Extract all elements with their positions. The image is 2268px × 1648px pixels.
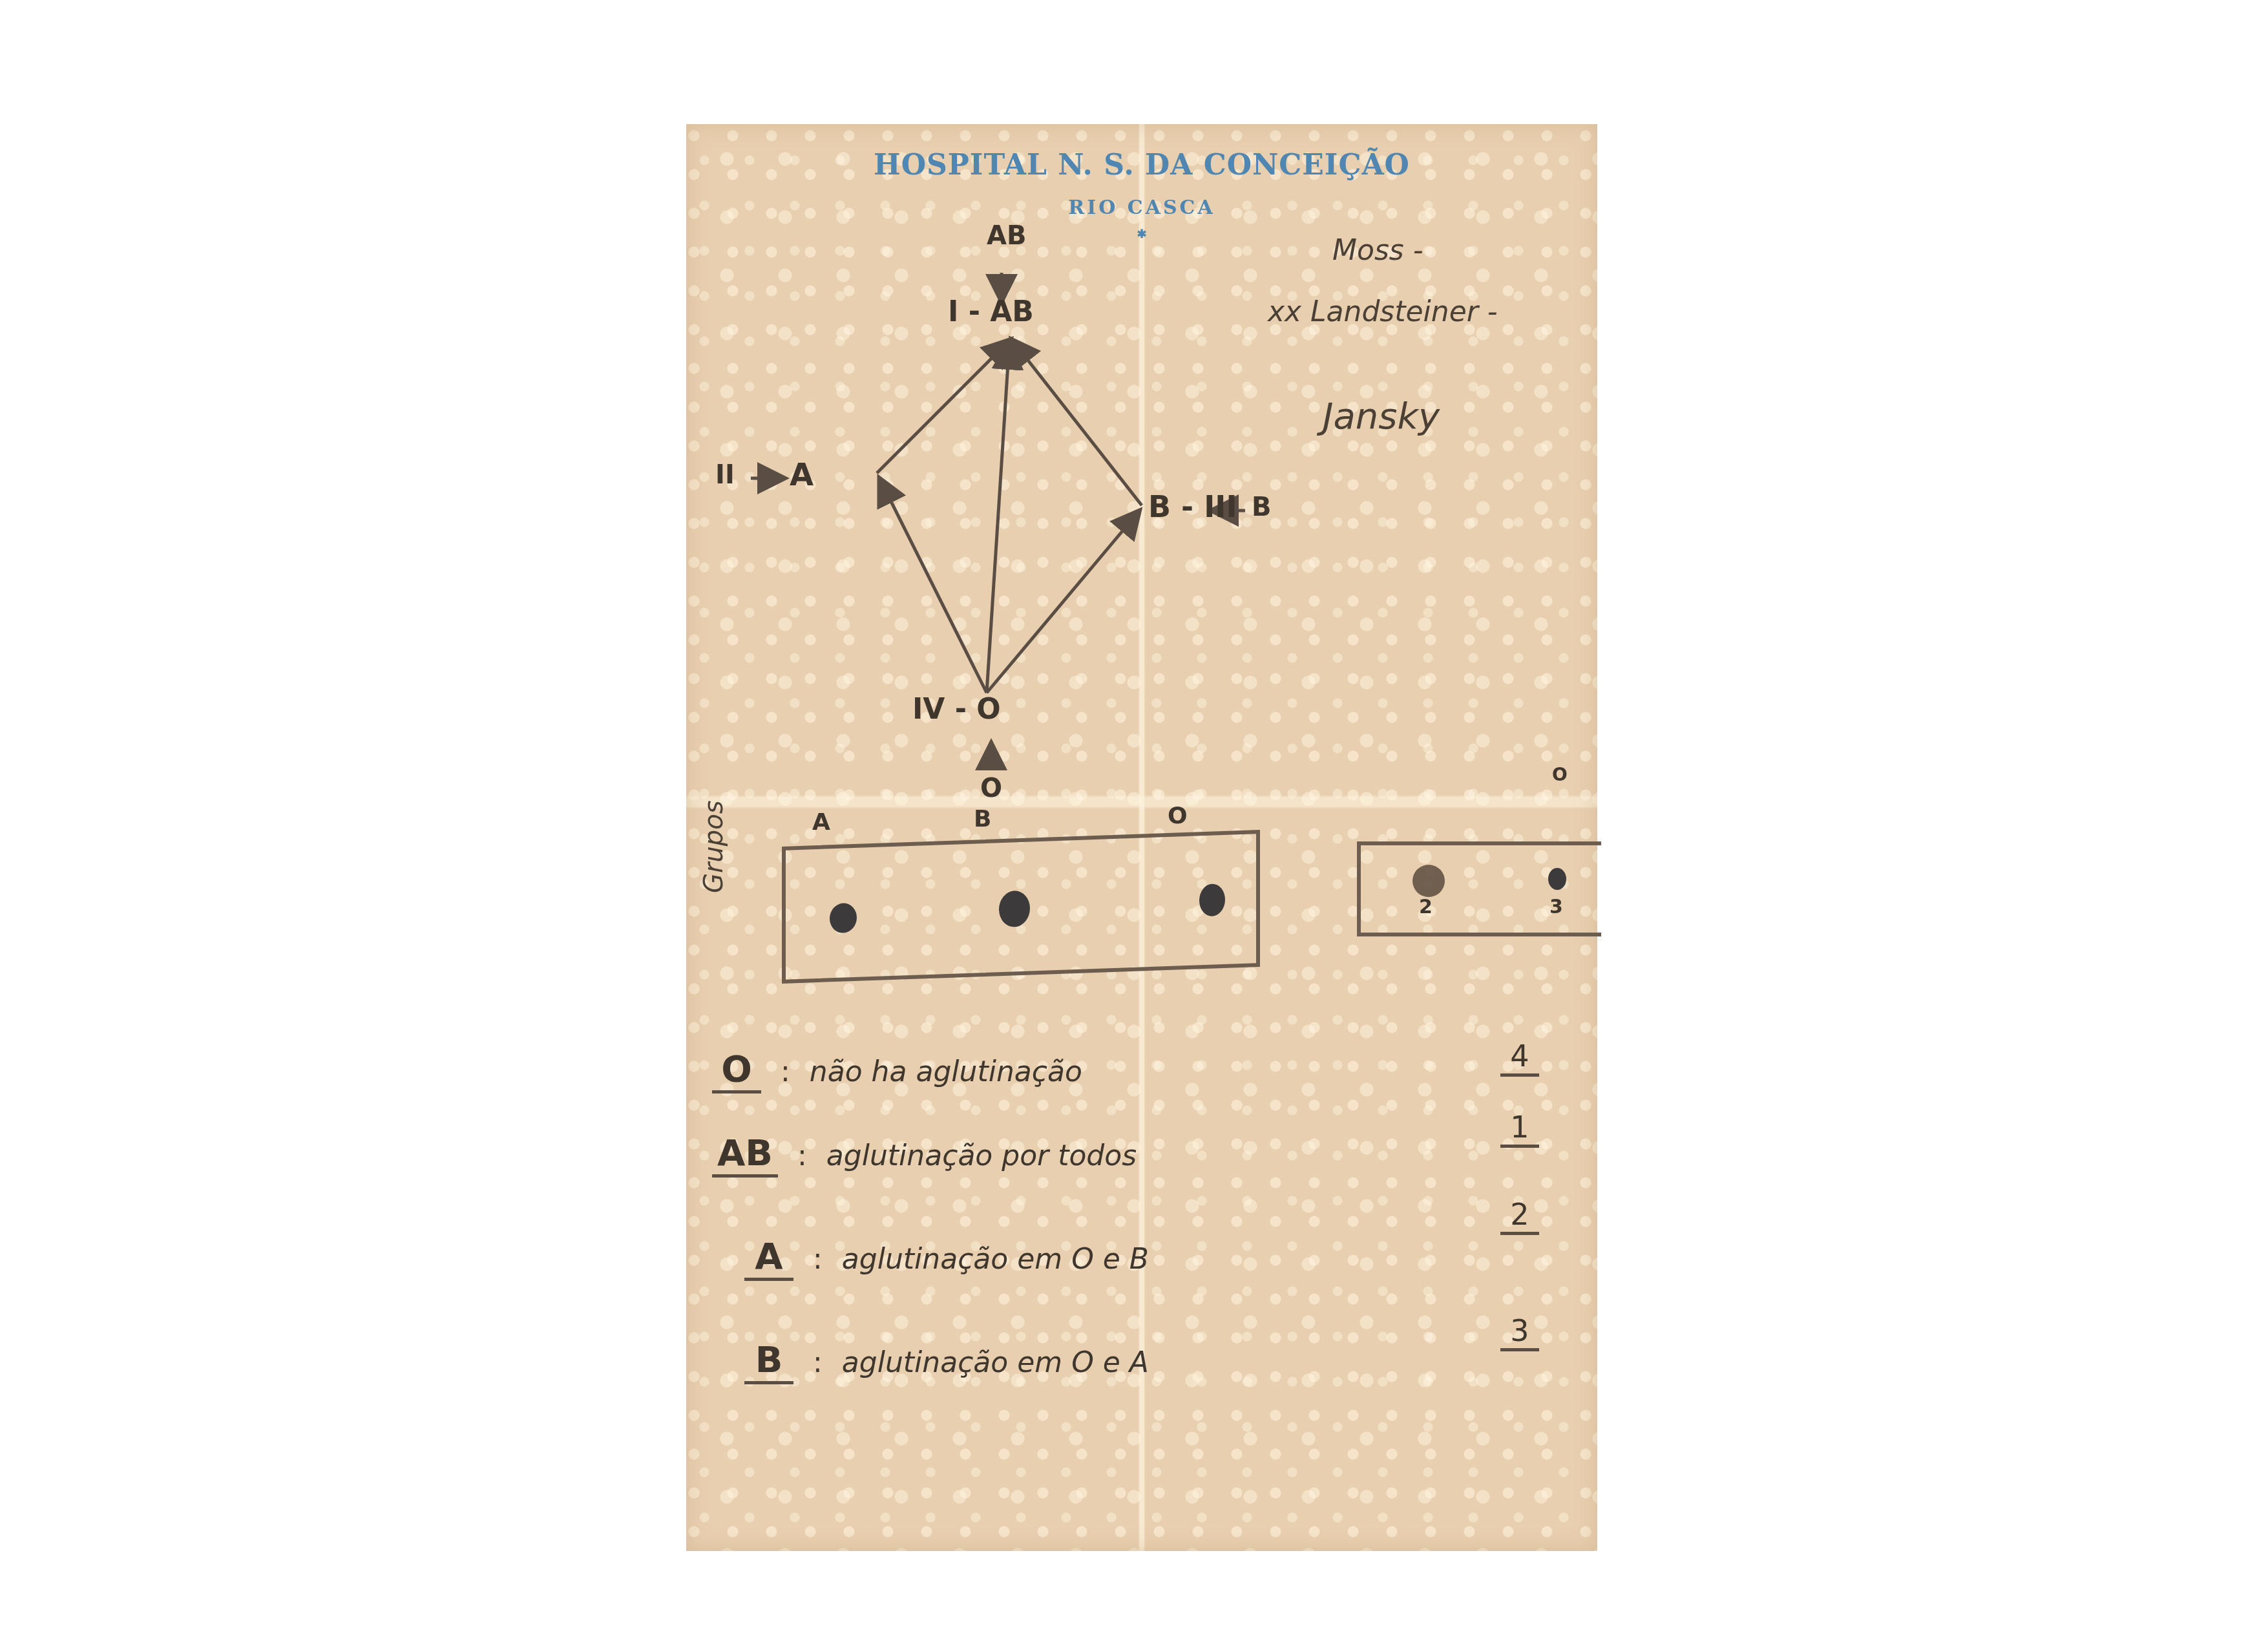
plate-mark-2: 2 (1419, 896, 1433, 918)
sample-dot-a (830, 903, 857, 933)
legend-colon: : (797, 1139, 807, 1172)
legend-colon: : (813, 1243, 823, 1276)
legend-group-o: O (712, 1048, 761, 1093)
legend-count-ab: 1 (1500, 1110, 1539, 1148)
legend-text-ab: aglutinação por todos (826, 1139, 1137, 1172)
test-plate-second: 2 3 (1357, 841, 1601, 936)
plate-column-b: B (974, 806, 991, 832)
diagram-left-input: II (715, 460, 735, 490)
diagram-right-input: B (1252, 492, 1272, 522)
sample-dot-b (999, 891, 1030, 928)
plate-column-o: O (1168, 803, 1188, 829)
legend-row-o: O : não ha aglutinação (712, 1048, 1082, 1093)
diagram-bottom-node: IV - O (912, 693, 1001, 726)
diagram-top-input: AB (987, 221, 1026, 251)
diagram-left-node: A (790, 457, 814, 493)
legend-count-o: 4 (1500, 1039, 1539, 1077)
plate-column-a: A (812, 809, 830, 836)
legend-row-a: A : aglutinação em O e B (744, 1236, 1149, 1281)
legend-row-ab: AB : aglutinação por todos (712, 1132, 1137, 1178)
legend-row-b: B : aglutinação em O e A (744, 1339, 1149, 1384)
diagram-bottom-input: O (980, 774, 1002, 803)
diagram-right-node: B - III (1148, 489, 1237, 524)
document-page: HOSPITAL N. S. DA CONCEIÇÃO RIO CASCA ✱ … (686, 124, 1597, 1551)
plate-mark-3: 3 (1549, 896, 1563, 918)
legend-group-b: B (744, 1339, 793, 1384)
legend-text-b: aglutinação em O e A (842, 1346, 1149, 1379)
legend-count-b: 3 (1500, 1313, 1539, 1351)
groups-side-label: Grupos (699, 801, 729, 894)
second-plate-top-mark: O (1552, 764, 1568, 785)
legend-text-o: não ha aglutinação (810, 1055, 1082, 1088)
test-plate-main (782, 830, 1260, 984)
legend-count-a: 2 (1500, 1197, 1539, 1235)
legend-colon: : (813, 1346, 823, 1379)
legend-group-ab: AB (712, 1132, 778, 1178)
legend-text-a: aglutinação em O e B (842, 1243, 1149, 1276)
sample-dot-o (1199, 883, 1225, 916)
sample-dot-3 (1548, 868, 1566, 890)
stain-dot (1412, 865, 1445, 897)
diagram-top-node: I - AB (948, 295, 1034, 328)
legend-colon: : (781, 1055, 790, 1088)
legend-group-a: A (744, 1236, 793, 1281)
